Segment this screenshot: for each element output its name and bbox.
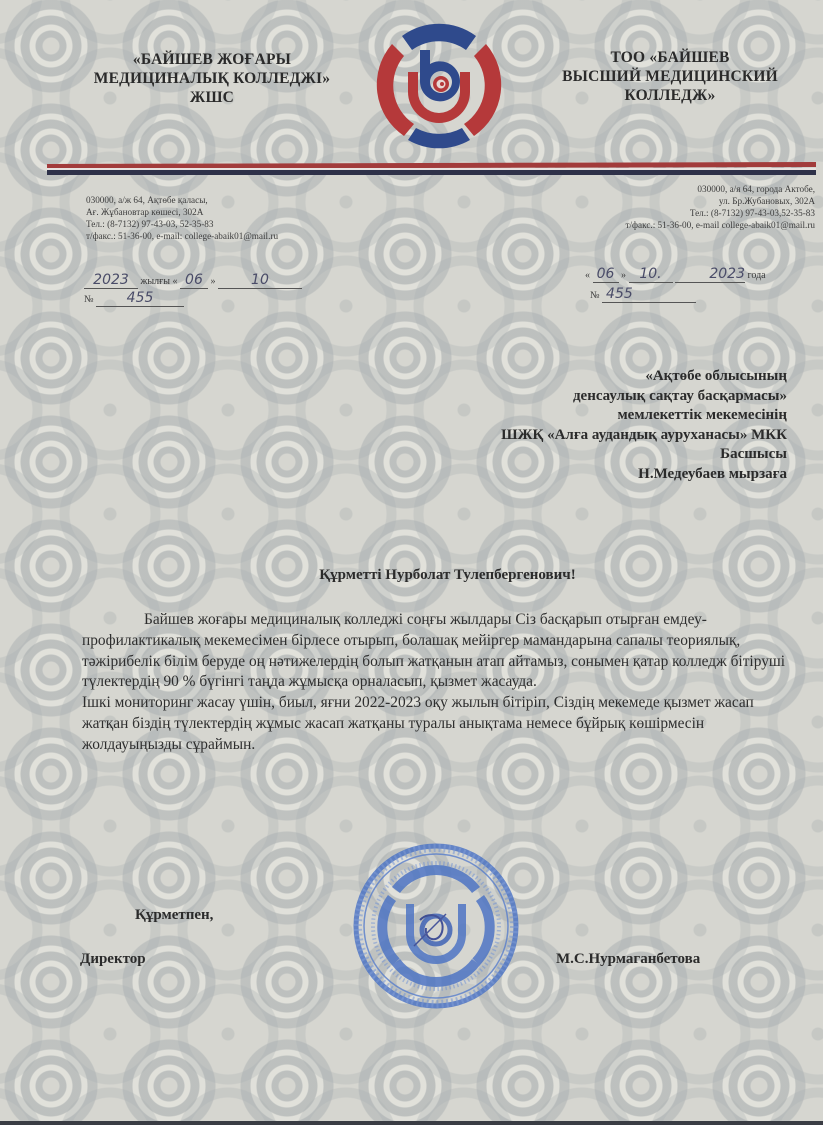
signer-name: М.С.Нурмаганбетова <box>556 951 700 968</box>
org-name-line: ВЫСШИЙ МЕДИЦИНСКИЙ <box>540 67 800 86</box>
address-line: Тел.: (8-7132) 97-43-03,52-35-83 <box>560 207 815 219</box>
body-paragraph: Байшев жоғары медициналық колледжі соңғы… <box>82 610 800 693</box>
handwritten-month: 10. <box>629 266 673 283</box>
address-line: т/факс.: 51-36-00, e-mail: college-abaik… <box>86 230 366 242</box>
org-name-line: «БАЙШЕВ ЖОҒАРЫ <box>62 50 362 69</box>
org-name-russian: ТОО «БАЙШЕВ ВЫСШИЙ МЕДИЦИНСКИЙ КОЛЛЕДЖ» <box>540 48 800 105</box>
address-line: 030000, а/ж 64, Ақтөбе қаласы, <box>86 194 366 206</box>
addressee-line: денсаулық сақтау басқармасы» <box>501 387 787 407</box>
year-label: жылғы « <box>141 276 178 287</box>
registration-number-right: № 455 <box>590 286 696 303</box>
handwritten-year: 2023 <box>84 272 138 289</box>
addressee-line: мемлекеттік мекемесінің <box>501 406 787 426</box>
handwritten-number: 455 <box>96 290 184 307</box>
body-paragraph: Ішкі мониторинг жасау үшін, биыл, яғни 2… <box>82 693 800 755</box>
college-logo-icon <box>364 12 514 156</box>
signer-position: Директор <box>80 951 146 968</box>
addressee-line: Н.Медеубаев мырзаға <box>501 465 787 485</box>
address-line: Тел.: (8-7132) 97-43-03, 52-35-83 <box>86 218 366 230</box>
address-line: т/факс.: 51-36-00, e-mail college-abaik0… <box>560 219 815 231</box>
letter-body: Байшев жоғары медициналық колледжі соңғы… <box>82 610 800 756</box>
org-name-kazakh: «БАЙШЕВ ЖОҒАРЫ МЕДИЦИНАЛЫҚ КОЛЛЕДЖІ» ЖШС <box>62 50 362 107</box>
quote-close: » <box>621 270 626 281</box>
quote-close: » <box>210 276 215 287</box>
address-line: Ағ. Жұбановтар көшесі, 302А <box>86 206 366 218</box>
handwritten-day: 06 <box>593 266 619 283</box>
handwritten-day: 06 <box>180 272 208 289</box>
handwritten-year: 2023 <box>675 266 745 283</box>
handwritten-month: 10 <box>218 272 302 289</box>
address-line: ул. Бр.Жубановых, 302А <box>560 195 815 207</box>
org-name-line: КОЛЛЕДЖ» <box>540 86 800 105</box>
registration-date-left: 2023 жылғы « 06 » 10 <box>84 272 302 289</box>
letter-content: «БАЙШЕВ ЖОҒАРЫ МЕДИЦИНАЛЫҚ КОЛЛЕДЖІ» ЖШС… <box>0 0 823 1125</box>
number-label: № <box>84 294 94 305</box>
quote-open: « <box>585 270 590 281</box>
addressee-line: «Ақтөбе облысының <box>501 367 787 387</box>
page-bottom-edge <box>0 1121 823 1125</box>
addressee-block: «Ақтөбе облысының денсаулық сақтау басқа… <box>501 367 787 484</box>
closing-regards: Құрметпен, <box>135 907 213 924</box>
address-block-russian: 030000, а/я 64, города Актобе, ул. Бр.Жу… <box>560 183 815 231</box>
handwritten-number: 455 <box>602 286 696 303</box>
salutation: Құрметті Нурболат Тулепбергенович! <box>0 567 823 584</box>
header-stripe-blue <box>47 170 816 175</box>
addressee-line: ШЖҚ «Алға аудандық ауруханасы» МКК <box>501 426 787 446</box>
number-label: № <box>590 290 600 301</box>
year-label: года <box>748 270 766 281</box>
address-block-kazakh: 030000, а/ж 64, Ақтөбе қаласы, Ағ. Жұбан… <box>86 194 366 242</box>
org-name-line: ЖШС <box>62 88 362 107</box>
registration-date-right: « 06 » 10. 2023 года <box>585 266 766 283</box>
org-name-line: МЕДИЦИНАЛЫҚ КОЛЛЕДЖІ» <box>62 69 362 88</box>
org-name-line: ТОО «БАЙШЕВ <box>540 48 800 67</box>
addressee-line: Басшысы <box>501 445 787 465</box>
address-line: 030000, а/я 64, города Актобе, <box>560 183 815 195</box>
registration-number-left: № 455 <box>84 290 184 307</box>
official-seal-stamp-icon <box>350 840 522 1012</box>
